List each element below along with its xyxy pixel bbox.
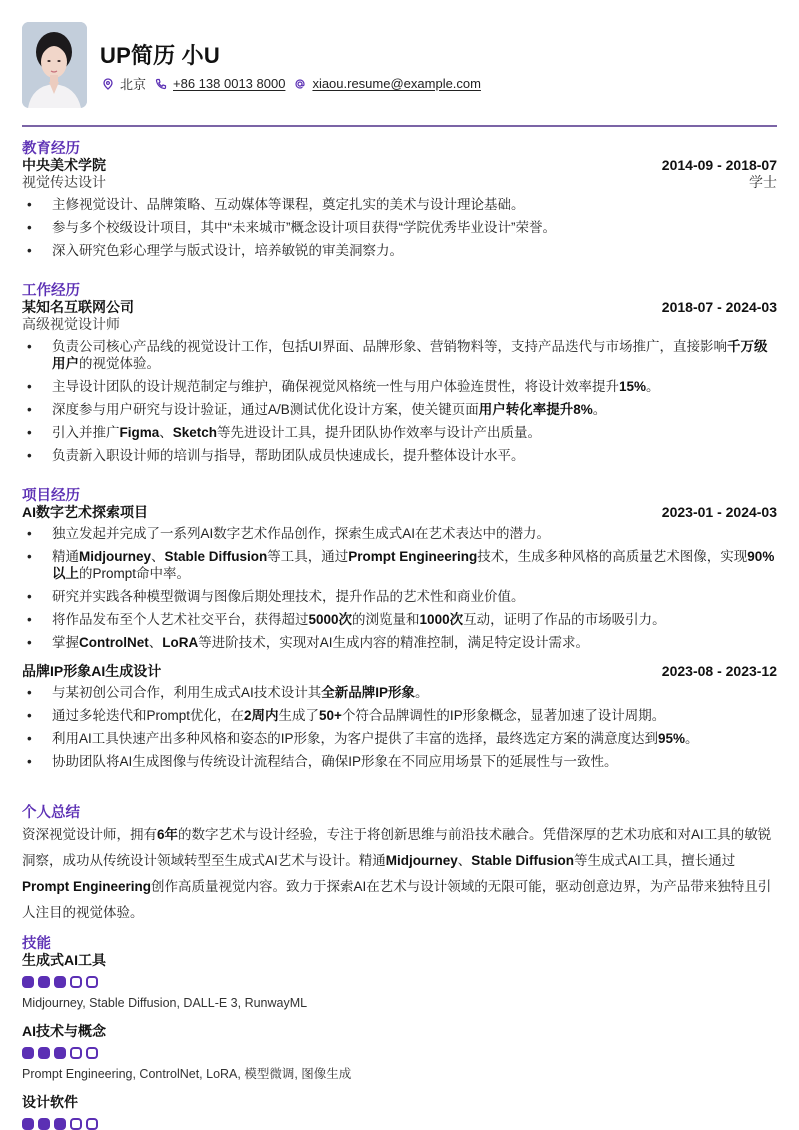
skill-item: 设计软件 — [22, 1094, 777, 1130]
skills-section: 技能 生成式AI工具 Midjourney, Stable Diffusion,… — [22, 936, 777, 1130]
location-text: 北京 — [120, 74, 146, 93]
project-entry-header: AI数字艺术探索项目 2023-01 - 2024-03 — [22, 504, 777, 521]
education-bullets: 主修视觉设计、品牌策略、互动媒体等课程，奠定扎实的美术与设计理论基础。 参与多个… — [22, 196, 777, 259]
work-entry-sub: 高级视觉设计师 — [22, 316, 777, 333]
projects-section: 项目经历 AI数字艺术探索项目 2023-01 - 2024-03 独立发起并完… — [22, 488, 777, 776]
work-entry-header: 某知名互联网公司 2018-07 - 2024-03 — [22, 299, 777, 316]
project-entry-header: 品牌IP形象AI生成设计 2023-08 - 2023-12 — [22, 663, 777, 680]
section-title-skills: 技能 — [22, 936, 777, 952]
education-entry-header: 中央美术学院 2014-09 - 2018-07 — [22, 157, 777, 174]
rating-dot-empty — [86, 1118, 98, 1130]
skill-item: AI技术与概念 Prompt Engineering, ControlNet, … — [22, 1023, 777, 1082]
list-item: 负责公司核心产品线的视觉设计工作，包括UI界面、品牌形象、营销物料等，支持产品迭… — [22, 338, 777, 372]
list-item: 将作品发布至个人艺术社交平台，获得超过5000次的浏览量和1000次互动，证明了… — [22, 611, 777, 628]
degree: 学士 — [749, 174, 777, 191]
list-item: 通过多轮迭代和Prompt优化，在2周内生成了50+个符合品牌调性的IP形象概念… — [22, 707, 777, 724]
rating-dot-empty — [86, 976, 98, 988]
list-item: 引入并推广Figma、Sketch等先进设计工具，提升团队协作效率与设计产出质量… — [22, 424, 777, 441]
summary-section: 个人总结 资深视觉设计师，拥有6年的数字艺术与设计经验，专注于将创新思维与前沿技… — [22, 805, 777, 926]
project-bullets: 独立发起并完成了一系列AI数字艺术作品创作，探索生成式AI在艺术表达中的潜力。 … — [22, 525, 777, 651]
candidate-name: UP简历 小U — [100, 39, 220, 70]
school-name: 中央美术学院 — [22, 157, 106, 174]
skill-keywords: Midjourney, Stable Diffusion, DALL-E 3, … — [22, 996, 777, 1011]
skill-level-rating — [22, 1118, 777, 1130]
work-dates: 2018-07 - 2024-03 — [662, 299, 777, 316]
list-item: 参与多个校级设计项目，其中“未来城市”概念设计项目获得“学院优秀毕业设计”荣誉。 — [22, 219, 777, 236]
education-dates: 2014-09 - 2018-07 — [662, 157, 777, 174]
phone-icon — [155, 78, 167, 90]
list-item: 主导设计团队的设计规范制定与维护，确保视觉风格统一性与用户体验连贯性，将设计效率… — [22, 378, 777, 395]
list-item: 与某初创公司合作，利用生成式AI技术设计其全新品牌IP形象。 — [22, 684, 777, 701]
skill-name: 生成式AI工具 — [22, 952, 777, 969]
rating-dot-empty — [70, 976, 82, 988]
rating-dot-filled — [38, 1118, 50, 1130]
avatar — [22, 22, 87, 108]
contact-phone: +86 138 0013 8000 — [155, 76, 285, 91]
rating-dot-filled — [22, 1118, 34, 1130]
list-item: 负责新入职设计师的培训与指导，帮助团队成员快速成长，提升整体设计水平。 — [22, 447, 777, 464]
list-item: 深度参与用户研究与设计验证，通过A/B测试优化设计方案，使关键页面用户转化率提升… — [22, 401, 777, 418]
list-item: 协助团队将AI生成图像与传统设计流程结合，确保IP形象在不同应用场景下的延展性与… — [22, 753, 777, 770]
section-title-summary: 个人总结 — [22, 805, 777, 821]
work-bullets: 负责公司核心产品线的视觉设计工作，包括UI界面、品牌形象、营销物料等，支持产品迭… — [22, 338, 777, 464]
list-item: 掌握ControlNet、LoRA等进阶技术，实现对AI生成内容的精准控制，满足… — [22, 634, 777, 651]
skill-name: 设计软件 — [22, 1094, 777, 1111]
project-name: AI数字艺术探索项目 — [22, 504, 148, 521]
rating-dot-filled — [22, 976, 34, 988]
rating-dot-filled — [54, 1047, 66, 1059]
project-bullets: 与某初创公司合作，利用生成式AI技术设计其全新品牌IP形象。 通过多轮迭代和Pr… — [22, 684, 777, 770]
skill-level-rating — [22, 976, 777, 988]
project-name: 品牌IP形象AI生成设计 — [22, 663, 161, 680]
section-title-work: 工作经历 — [22, 283, 777, 299]
rating-dot-empty — [70, 1118, 82, 1130]
rating-dot-empty — [86, 1047, 98, 1059]
resume-page: UP简历 小U 北京 +86 138 0013 8000 xiaou.resum… — [22, 0, 777, 126]
list-item: 研究并实践各种模型微调与图像后期处理技术，提升作品的艺术性和商业价值。 — [22, 588, 777, 605]
project-dates: 2023-08 - 2023-12 — [662, 663, 777, 680]
contact-location: 北京 — [102, 74, 146, 93]
job-title: 高级视觉设计师 — [22, 316, 120, 333]
section-title-education: 教育经历 — [22, 141, 777, 157]
rating-dot-filled — [38, 976, 50, 988]
list-item: 主修视觉设计、品牌策略、互动媒体等课程，奠定扎实的美术与设计理论基础。 — [22, 196, 777, 213]
list-item: 利用AI工具快速产出多种风格和姿态的IP形象，为客户提供了丰富的选择，最终选定方… — [22, 730, 777, 747]
header-divider — [22, 125, 777, 127]
location-pin-icon — [102, 78, 114, 90]
rating-dot-filled — [22, 1047, 34, 1059]
list-item: 独立发起并完成了一系列AI数字艺术作品创作，探索生成式AI在艺术表达中的潜力。 — [22, 525, 777, 542]
section-title-projects: 项目经历 — [22, 488, 777, 504]
project-dates: 2023-01 - 2024-03 — [662, 504, 777, 521]
major: 视觉传达设计 — [22, 174, 106, 191]
at-sign-icon — [294, 78, 306, 90]
skill-level-rating — [22, 1047, 777, 1059]
skill-keywords: Prompt Engineering, ControlNet, LoRA, 模型… — [22, 1067, 777, 1082]
rating-dot-filled — [38, 1047, 50, 1059]
skill-name: AI技术与概念 — [22, 1023, 777, 1040]
contact-email: xiaou.resume@example.com — [294, 76, 481, 91]
list-item: 深入研究色彩心理学与版式设计，培养敏锐的审美洞察力。 — [22, 242, 777, 259]
skill-item: 生成式AI工具 Midjourney, Stable Diffusion, DA… — [22, 952, 777, 1011]
education-entry-sub: 视觉传达设计 学士 — [22, 174, 777, 191]
rating-dot-empty — [70, 1047, 82, 1059]
rating-dot-filled — [54, 1118, 66, 1130]
work-section: 工作经历 某知名互联网公司 2018-07 - 2024-03 高级视觉设计师 … — [22, 283, 777, 470]
education-section: 教育经历 中央美术学院 2014-09 - 2018-07 视觉传达设计 学士 … — [22, 141, 777, 265]
rating-dot-filled — [54, 976, 66, 988]
company-name: 某知名互联网公司 — [22, 299, 134, 316]
email-link[interactable]: xiaou.resume@example.com — [312, 76, 481, 91]
phone-link[interactable]: +86 138 0013 8000 — [173, 76, 285, 91]
resume-header: UP简历 小U 北京 +86 138 0013 8000 xiaou.resum… — [22, 0, 777, 126]
contact-info: 北京 +86 138 0013 8000 xiaou.resume@exampl… — [102, 74, 490, 93]
summary-text: 资深视觉设计师，拥有6年的数字艺术与设计经验，专注于将创新思维与前沿技术融合。凭… — [22, 822, 777, 926]
list-item: 精通Midjourney、Stable Diffusion等工具，通过Promp… — [22, 548, 777, 582]
